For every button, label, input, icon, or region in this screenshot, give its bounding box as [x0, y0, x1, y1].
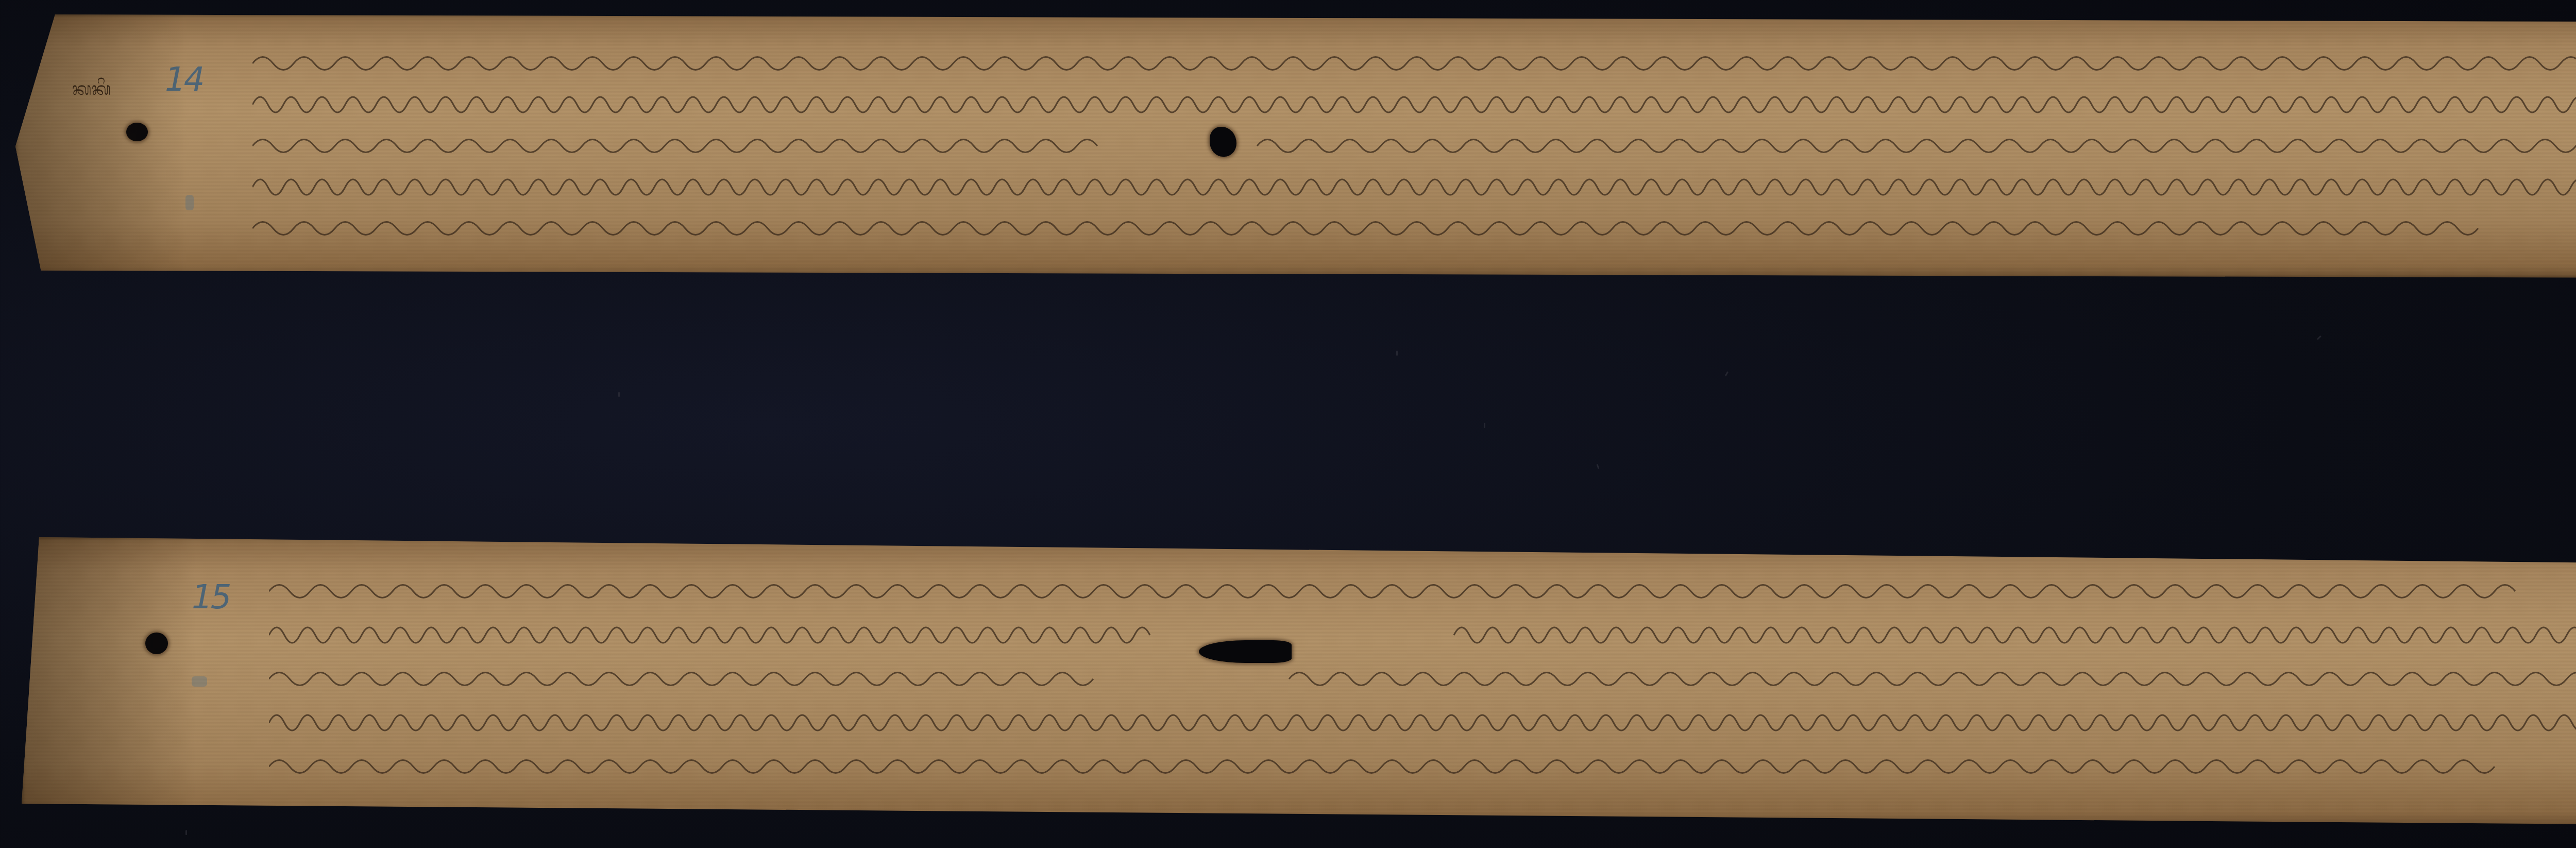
- text-line: [252, 45, 2576, 76]
- text-line: [269, 749, 2576, 779]
- text-line: [269, 661, 2576, 692]
- margin-label: ᬓᬓᬶ: [72, 76, 111, 108]
- text-line: [269, 617, 2576, 648]
- text-line: [252, 169, 2576, 200]
- page-number-left: 14: [165, 61, 202, 99]
- text-line: [252, 87, 2576, 118]
- text-line: [252, 128, 2576, 159]
- pencil-mark: [185, 195, 194, 210]
- page-number-left: 15: [192, 578, 229, 617]
- binding-hole-left: [126, 123, 148, 141]
- palm-leaf-page-15: 15 15: [22, 537, 2576, 827]
- text-line: [269, 573, 2576, 604]
- manuscript-text: [269, 563, 2576, 805]
- manuscript-text: [252, 35, 2576, 257]
- text-line: [269, 705, 2576, 736]
- text-line: [252, 210, 2576, 241]
- pencil-mark: [192, 676, 207, 687]
- binding-hole-left: [145, 633, 168, 654]
- palm-leaf-page-14: 14 ᬓᬓᬶ 14: [15, 14, 2576, 278]
